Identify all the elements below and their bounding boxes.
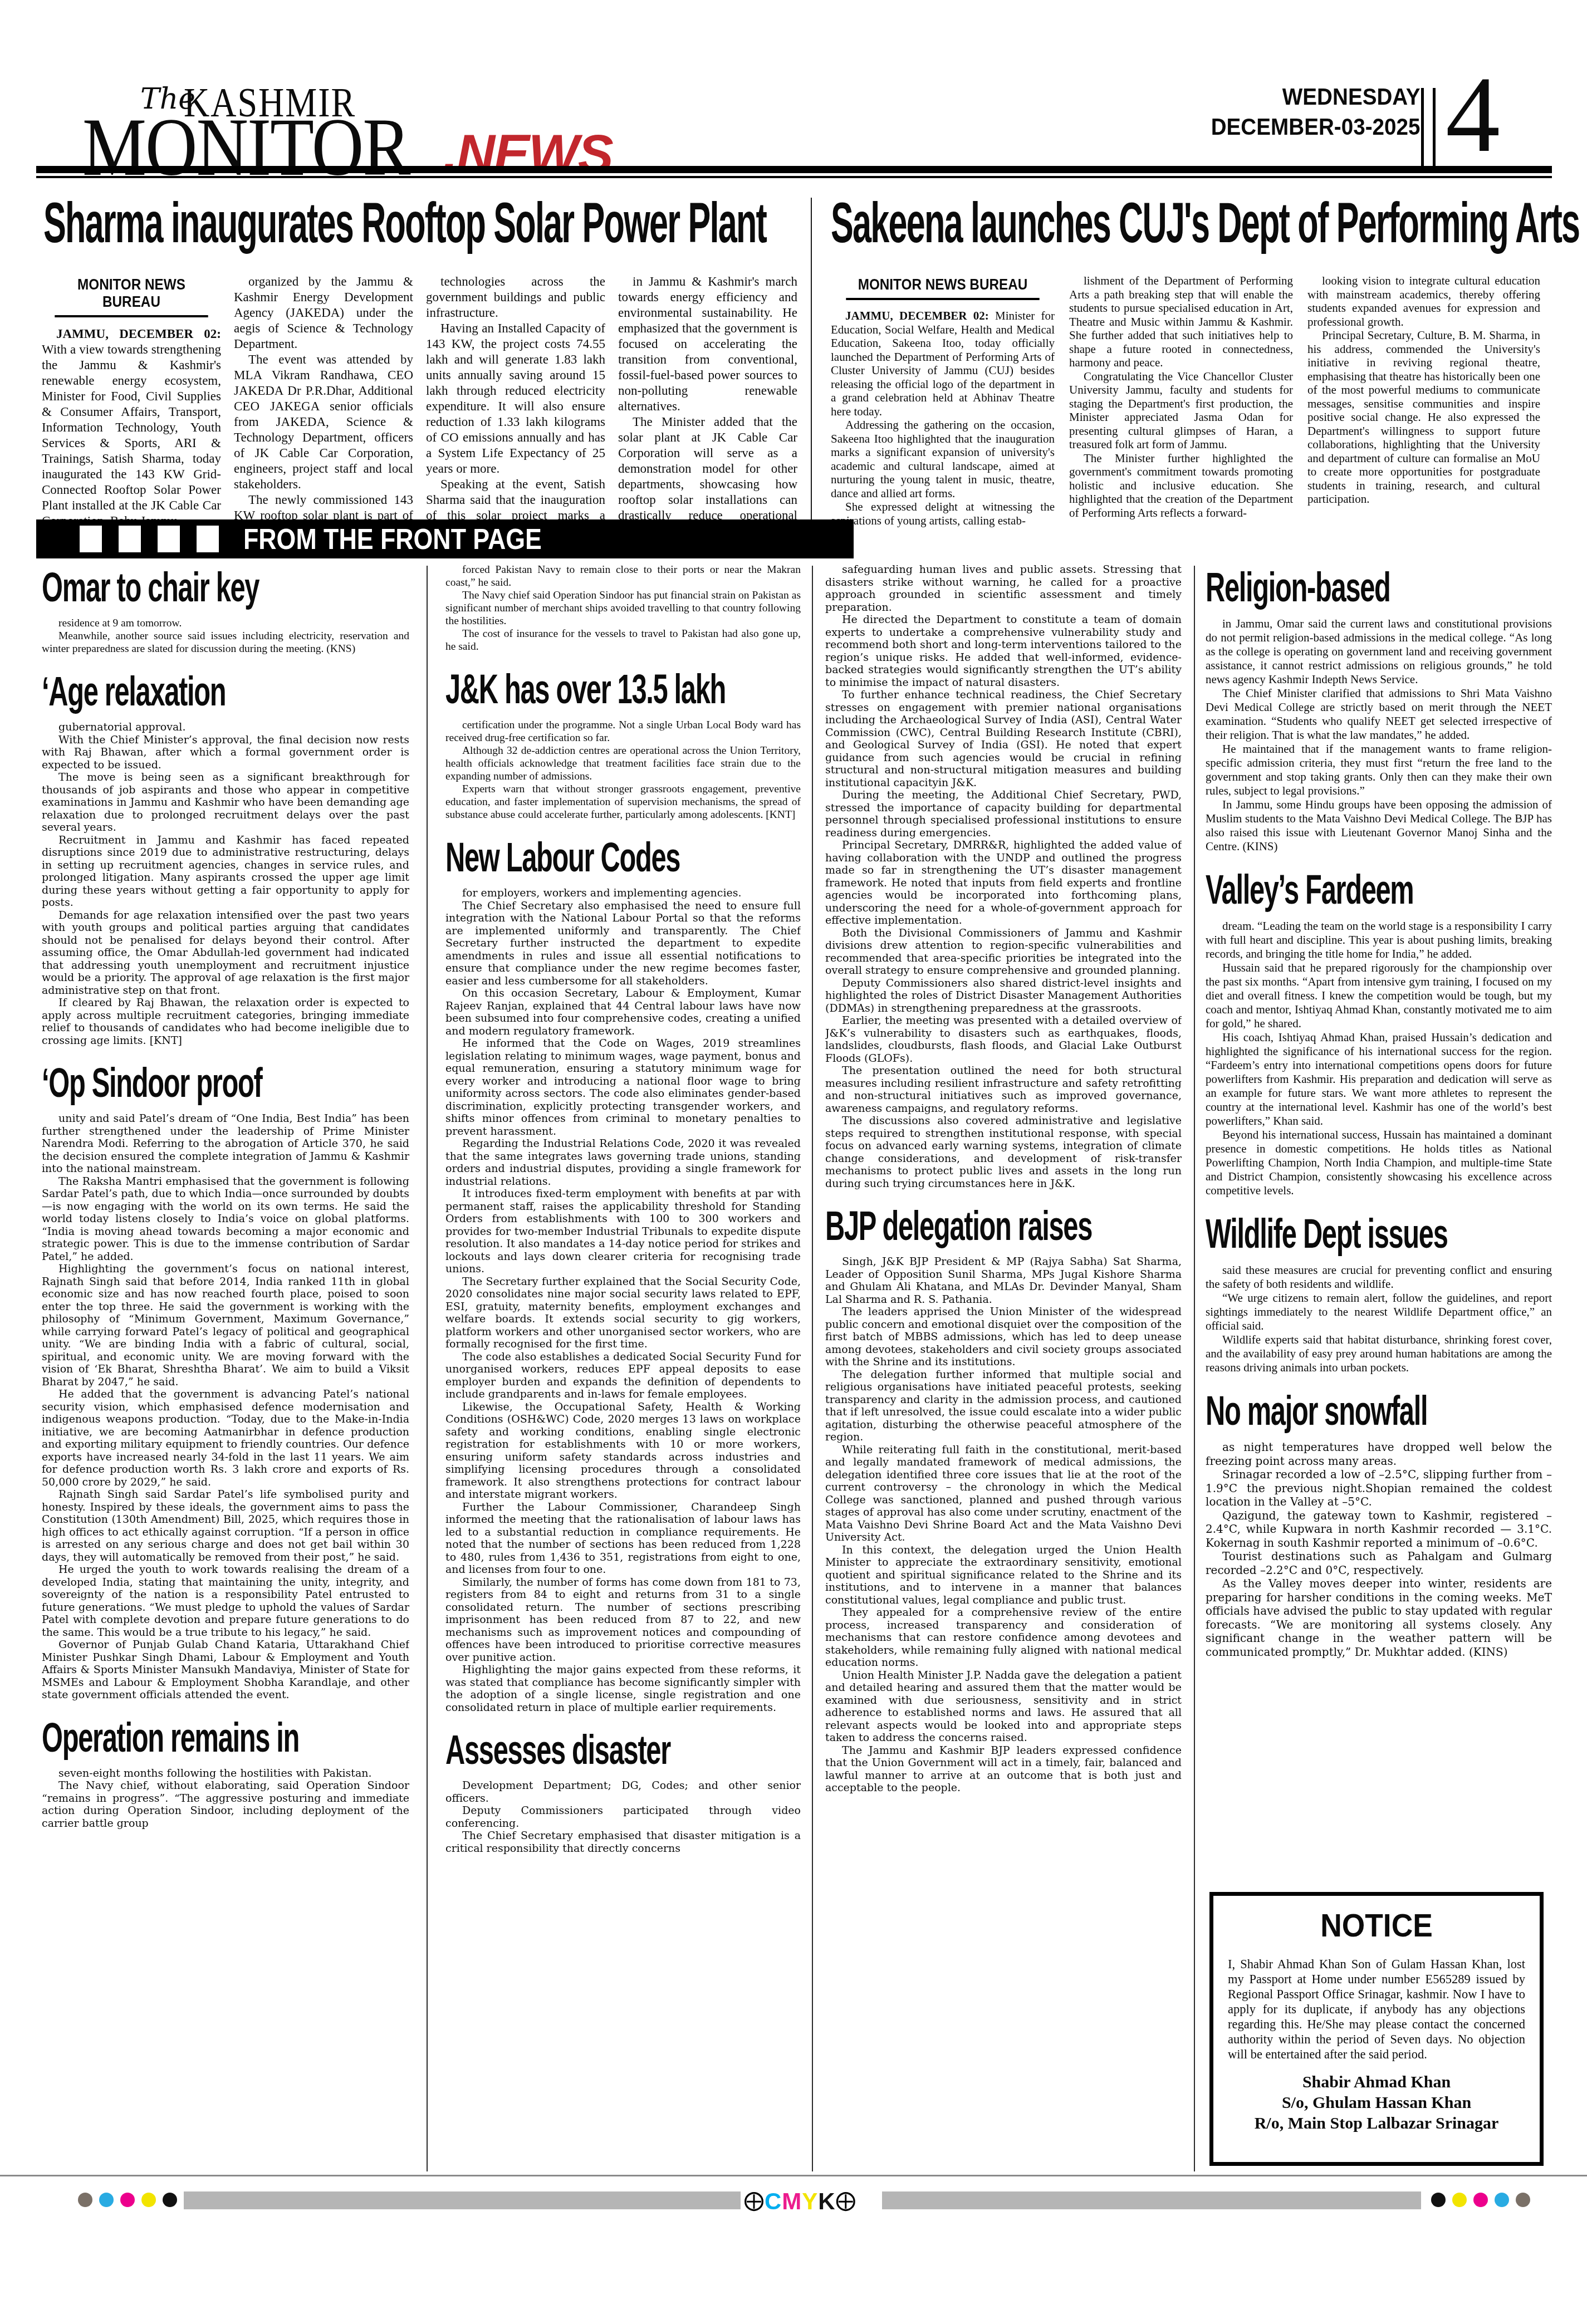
- dateline: JAMMU, DECEMBER 02:: [56, 327, 221, 341]
- paragraph: Earlier, the meeting was presented with …: [825, 1014, 1182, 1065]
- paragraph: Deputy Commissioners also shared distric…: [825, 977, 1182, 1015]
- paragraph: said these measures are crucial for prev…: [1206, 1263, 1552, 1291]
- bottom-rule: [0, 2175, 1587, 2176]
- paragraph: Likewise, the Occupational Safety, Healt…: [445, 1401, 801, 1501]
- story-text: said these measures are crucial for prev…: [1206, 1263, 1552, 1375]
- paragraph: He informed that the Code on Wages, 2019…: [445, 1037, 801, 1138]
- paragraph: Union Health Minister J.P. Nadda gave th…: [825, 1669, 1182, 1744]
- paragraph: JAMMU, DECEMBER 02: With a view towards …: [42, 326, 221, 529]
- paragraph: The code also establishes a dedicated So…: [445, 1351, 801, 1401]
- story-headline: ‘Age relaxation: [42, 670, 285, 713]
- page-number-divider: [1421, 88, 1436, 170]
- masthead-rule-thin: [36, 176, 1552, 178]
- byline: MONITOR NEWS BUREAU: [846, 276, 1039, 300]
- paragraph: Srinagar recorded a low of –2.5°C, slipp…: [1206, 1468, 1552, 1509]
- story-headline: Wildlife Dept issues: [1206, 1212, 1434, 1256]
- registration-mark-icon: ⨁: [836, 2189, 856, 2212]
- paragraph: Tourist destinations such as Pahalgam an…: [1206, 1550, 1552, 1577]
- paragraph: He urged the youth to work towards reali…: [42, 1563, 409, 1639]
- story-headline: New Labour Codes: [445, 836, 680, 879]
- paragraph: To further enhance technical readiness, …: [825, 689, 1182, 789]
- cmyk-letter: K: [818, 2188, 835, 2214]
- banner-stripe: [80, 526, 102, 552]
- column-divider: [811, 198, 812, 527]
- paragraph: as night temperatures have dropped well …: [1206, 1440, 1552, 1468]
- paragraph: gubernatorial approval.: [42, 721, 409, 734]
- paragraph: seven-eight months following the hostili…: [42, 1767, 409, 1780]
- paragraph: Congratulating the Vice Chancellor Clust…: [1069, 370, 1293, 452]
- story-text: residence at 9 am tomorrow.Meanwhile, an…: [42, 617, 409, 655]
- paragraph: The Chief Minister clarified that admiss…: [1206, 687, 1552, 742]
- registration-mark-icon: ⨁: [744, 2189, 765, 2212]
- paragraph: Hussain said that he prepared rigorously…: [1206, 961, 1552, 1031]
- story-text: for employers, workers and implementing …: [445, 887, 801, 1714]
- page-number: 4: [1446, 60, 1500, 169]
- paragraph: In this context, the delegation urged th…: [825, 1544, 1182, 1607]
- paragraph: The Minister added that the solar plant …: [618, 414, 797, 530]
- weekday-label: WEDNESDAY: [1211, 84, 1420, 110]
- story-headline: Omar to chair key: [42, 566, 285, 609]
- paragraph: The move is being seen as a significant …: [42, 771, 409, 834]
- paragraph: The Navy chief, without elaborating, sai…: [42, 1779, 409, 1830]
- calibration-bar: [184, 2191, 741, 2209]
- story-text: lishment of the Department of Performing…: [1069, 274, 1293, 519]
- story-text: safeguarding human lives and public asse…: [825, 563, 1182, 1190]
- article-headline: Sharma inaugurates Rooftop Solar Power P…: [43, 194, 766, 252]
- banner-label: FROM THE FRONT PAGE: [243, 523, 542, 556]
- story-text: JAMMU, DECEMBER 02: With a view towards …: [42, 326, 221, 530]
- paragraph: She expressed delight at witnessing the …: [831, 500, 1055, 527]
- paragraph: It introduces fixed-term employment with…: [445, 1188, 801, 1276]
- paragraph: Having an Installed Capacity of 143 KW, …: [426, 321, 605, 477]
- article-column: MONITOR NEWS BUREAU JAMMU, DECEMBER 02: …: [42, 274, 221, 530]
- paragraph: The cost of insurance for the vessels to…: [445, 627, 801, 653]
- paragraph: Both the Divisional Commissioners of Jam…: [825, 927, 1182, 977]
- calibration-bar: [882, 2191, 1421, 2209]
- story-headline: No major snowfall: [1206, 1389, 1434, 1433]
- banner-stripe: [197, 526, 219, 552]
- registration-dot: [163, 2193, 177, 2207]
- paragraph: Meanwhile, another source said issues in…: [42, 630, 409, 655]
- paragraph: Singh, J&K BJP President & MP (Rajya Sab…: [825, 1256, 1182, 1306]
- paragraph: The leaders apprised the Union Minister …: [825, 1306, 1182, 1369]
- paragraph: Although 32 de-addiction centres are ope…: [445, 744, 801, 783]
- registration-dot: [1495, 2193, 1509, 2207]
- paragraph: The presentation outlined the need for b…: [825, 1065, 1182, 1115]
- paragraph: The Minister further highlighted the gov…: [1069, 452, 1293, 520]
- paragraph: organized by the Jammu & Kashmir Energy …: [234, 274, 413, 352]
- story-text: JAMMU, DECEMBER 02: Minister for Educati…: [831, 309, 1055, 527]
- story-text: Singh, J&K BJP President & MP (Rajya Sab…: [825, 1256, 1182, 1795]
- paragraph: Regarding the Industrial Relations Code,…: [445, 1138, 801, 1188]
- paragraph: The Jammu and Kashmir BJP leaders expres…: [825, 1744, 1182, 1795]
- notice-sig-name: Shabir Ahmad Khan: [1228, 2072, 1525, 2092]
- continuation-column-1: Omar to chair keyresidence at 9 am tomor…: [42, 563, 409, 2173]
- registration-dot: [1516, 2193, 1530, 2207]
- paragraph: unity and said Patel’s dream of “One Ind…: [42, 1112, 409, 1175]
- paragraph: While reiterating full faith in the cons…: [825, 1444, 1182, 1544]
- paragraph: in Jammu, Omar said the current laws and…: [1206, 617, 1552, 687]
- story-headline: Religion-based: [1206, 566, 1434, 609]
- paragraph: Experts warn that without stronger grass…: [445, 783, 801, 821]
- paragraph: dream. “Leading the team on the world st…: [1206, 919, 1552, 961]
- paragraph: He added that the government is advancin…: [42, 1388, 409, 1488]
- story-text: in Jammu, Omar said the current laws and…: [1206, 617, 1552, 854]
- paragraph: As the Valley moves deeper into winter, …: [1206, 1577, 1552, 1659]
- story-text: Development Department; DG, Codes; and o…: [445, 1779, 801, 1855]
- cmyk-registration-label: ⨁CMYK⨁: [744, 2188, 856, 2215]
- story-headline: BJP delegation raises: [825, 1204, 1060, 1248]
- paragraph: “We urge citizens to remain alert, follo…: [1206, 1291, 1552, 1333]
- masthead-monitor: MONITOR: [82, 99, 410, 194]
- registration-dot: [99, 2193, 114, 2207]
- paragraph: Further the Labour Commissioner, Charand…: [445, 1501, 801, 1576]
- masthead-dateline: WEDNESDAY DECEMBER-03-2025: [1193, 84, 1420, 140]
- paragraph: The Navy chief said Operation Sindoor ha…: [445, 589, 801, 627]
- notice-body: I, Shabir Ahmad Khan Son of Gulam Hassan…: [1228, 1957, 1525, 2062]
- paragraph: Rajnath Singh said Sardar Patel’s life s…: [42, 1488, 409, 1563]
- registration-dot: [1431, 2193, 1446, 2207]
- paragraph: The Chief Secretary also emphasised the …: [445, 900, 801, 988]
- paragraph: The Chief Secretary emphasised that disa…: [445, 1830, 801, 1855]
- paragraph: He directed the Department to constitute…: [825, 614, 1182, 689]
- paragraph: Qazigund, the gateway town to Kashmir, r…: [1206, 1509, 1552, 1550]
- banner-stripe: [119, 526, 141, 552]
- story-text: organized by the Jammu & Kashmir Energy …: [234, 274, 413, 530]
- story-text: certification under the programme. Not a…: [445, 719, 801, 821]
- continuation-column-2: forced Pakistan Navy to remain close to …: [445, 563, 801, 2173]
- column-divider: [812, 566, 813, 2171]
- story-text: forced Pakistan Navy to remain close to …: [445, 563, 801, 653]
- registration-dot: [1452, 2193, 1467, 2207]
- paragraph: safeguarding human lives and public asse…: [825, 563, 1182, 614]
- story-text: in Jammu & Kashmir's march towards energ…: [618, 274, 797, 530]
- cmyk-letter: M: [782, 2188, 802, 2214]
- color-calibration-dots-left: [78, 2193, 177, 2207]
- color-calibration-dots-right: [1431, 2193, 1530, 2207]
- story-headline: Operation remains in: [42, 1716, 285, 1759]
- paragraph: The event was attended by MLA Vikram Ran…: [234, 352, 413, 492]
- print-marks-footer: ⨁CMYK⨁: [0, 2188, 1587, 2227]
- column-divider: [427, 566, 428, 2171]
- story-text: seven-eight months following the hostili…: [42, 1767, 409, 1830]
- paragraph: His coach, Ishtiyaq Ahmad Khan, praised …: [1206, 1031, 1552, 1128]
- cmyk-letter: Y: [802, 2188, 818, 2214]
- paragraph: Addressing the gathering on the occasion…: [831, 418, 1055, 500]
- cmyk-letter: C: [765, 2188, 782, 2214]
- paragraph: Governor of Punjab Gulab Chand Kataria, …: [42, 1639, 409, 1702]
- paragraph: In Jammu, some Hindu groups have been op…: [1206, 798, 1552, 854]
- article-column: looking vision to integrate cultural edu…: [1307, 274, 1540, 530]
- article-column: organized by the Jammu & Kashmir Energy …: [234, 274, 413, 530]
- paragraph: The delegation further informed that mul…: [825, 1369, 1182, 1444]
- paragraph: certification under the programme. Not a…: [445, 719, 801, 744]
- registration-dot: [1473, 2193, 1488, 2207]
- paragraph: The discussions also covered administrat…: [825, 1115, 1182, 1190]
- paragraph: Highlighting the government’s focus on n…: [42, 1263, 409, 1388]
- banner-stripe: [158, 526, 180, 552]
- story-text: dream. “Leading the team on the world st…: [1206, 919, 1552, 1198]
- paragraph: He maintained that if the management wan…: [1206, 742, 1552, 798]
- paragraph: JAMMU, DECEMBER 02: Minister for Educati…: [831, 309, 1055, 418]
- notice-title: NOTICE: [1240, 1907, 1513, 1944]
- article-column: in Jammu & Kashmir's march towards energ…: [618, 274, 797, 530]
- story-text: as night temperatures have dropped well …: [1206, 1440, 1552, 1659]
- notice-sig-parentage: S/o, Ghulam Hassan Khan: [1228, 2092, 1525, 2113]
- paragraph: technologies across the government build…: [426, 274, 605, 321]
- paragraph: Demands for age relaxation intensified o…: [42, 909, 409, 997]
- paragraph: Principal Secretary, Culture, B. M. Shar…: [1307, 329, 1540, 506]
- paragraph: forced Pakistan Navy to remain close to …: [445, 563, 801, 589]
- paragraph: Highlighting the major gains expected fr…: [445, 1664, 801, 1714]
- masthead-rule-thick: [36, 166, 1552, 173]
- paragraph: residence at 9 am tomorrow.: [42, 617, 409, 630]
- paragraph: in Jammu & Kashmir's march towards energ…: [618, 274, 797, 414]
- paragraph: Recruitment in Jammu and Kashmir has fac…: [42, 834, 409, 909]
- continuation-column-3: safeguarding human lives and public asse…: [825, 563, 1182, 2173]
- paragraph: Deputy Commissioners participated throug…: [445, 1805, 801, 1830]
- dateline: JAMMU, DECEMBER 02:: [845, 309, 995, 322]
- article-column: MONITOR NEWS BUREAU JAMMU, DECEMBER 02: …: [831, 274, 1055, 530]
- public-notice-box: NOTICE I, Shabir Ahmad Khan Son of Gulam…: [1209, 1892, 1544, 2166]
- story-headline: Valley’s Fardeem: [1206, 868, 1434, 911]
- paragraph: With the Chief Minister’s approval, the …: [42, 734, 409, 772]
- paragraph: Beyond his international success, Hussai…: [1206, 1128, 1552, 1198]
- story-text: gubernatorial approval.With the Chief Mi…: [42, 721, 409, 1047]
- story-headline: ‘Op Sindoor proof: [42, 1061, 285, 1105]
- registration-dot: [141, 2193, 156, 2207]
- column-divider: [1194, 566, 1195, 2171]
- paragraph: lishment of the Department of Performing…: [1069, 274, 1293, 370]
- story-text: unity and said Patel’s dream of “One Ind…: [42, 1112, 409, 1702]
- story-headline: J&K has over 13.5 lakh: [445, 668, 680, 711]
- byline: MONITOR NEWS BUREAU: [55, 276, 208, 317]
- article-column: lishment of the Department of Performing…: [1069, 274, 1293, 530]
- notice-signature: Shabir Ahmad Khan S/o, Ghulam Hassan Kha…: [1228, 2072, 1525, 2134]
- registration-dot: [78, 2193, 92, 2207]
- story-text: technologies across the government build…: [426, 274, 605, 530]
- story-text: looking vision to integrate cultural edu…: [1307, 274, 1540, 506]
- paragraph: If cleared by Raj Bhawan, the relaxation…: [42, 997, 409, 1047]
- notice-sig-residence: R/o, Main Stop Lalbazar Srinagar: [1228, 2113, 1525, 2134]
- front-page-banner: FROM THE FRONT PAGE: [36, 519, 854, 558]
- paragraph: for employers, workers and implementing …: [445, 887, 801, 900]
- paragraph: Principal Secretary, DMRR&R, highlighted…: [825, 839, 1182, 927]
- date-label: DECEMBER-03-2025: [1211, 114, 1420, 140]
- article-headline: Sakeena launches CUJ's Dept of Performin…: [831, 194, 1579, 252]
- paragraph: They appealed for a comprehensive review…: [825, 1606, 1182, 1669]
- paragraph: On this occasion Secretary, Labour & Emp…: [445, 987, 801, 1037]
- paragraph: The Raksha Mantri emphasised that the go…: [42, 1175, 409, 1263]
- paragraph: Development Department; DG, Codes; and o…: [445, 1779, 801, 1805]
- registration-dot: [120, 2193, 135, 2207]
- newspaper-page: The KASHMIR MONITOR .NEWS WEDNESDAY DECE…: [0, 0, 1587, 2324]
- paragraph: looking vision to integrate cultural edu…: [1307, 274, 1540, 329]
- article-column: technologies across the government build…: [426, 274, 605, 530]
- paragraph: During the meeting, the Additional Chief…: [825, 789, 1182, 839]
- paragraph: Similarly, the number of forms has come …: [445, 1576, 801, 1664]
- paragraph: Wildlife experts said that habitat distu…: [1206, 1333, 1552, 1375]
- paragraph: The Secretary further explained that the…: [445, 1276, 801, 1351]
- story-headline: Assesses disaster: [445, 1728, 680, 1772]
